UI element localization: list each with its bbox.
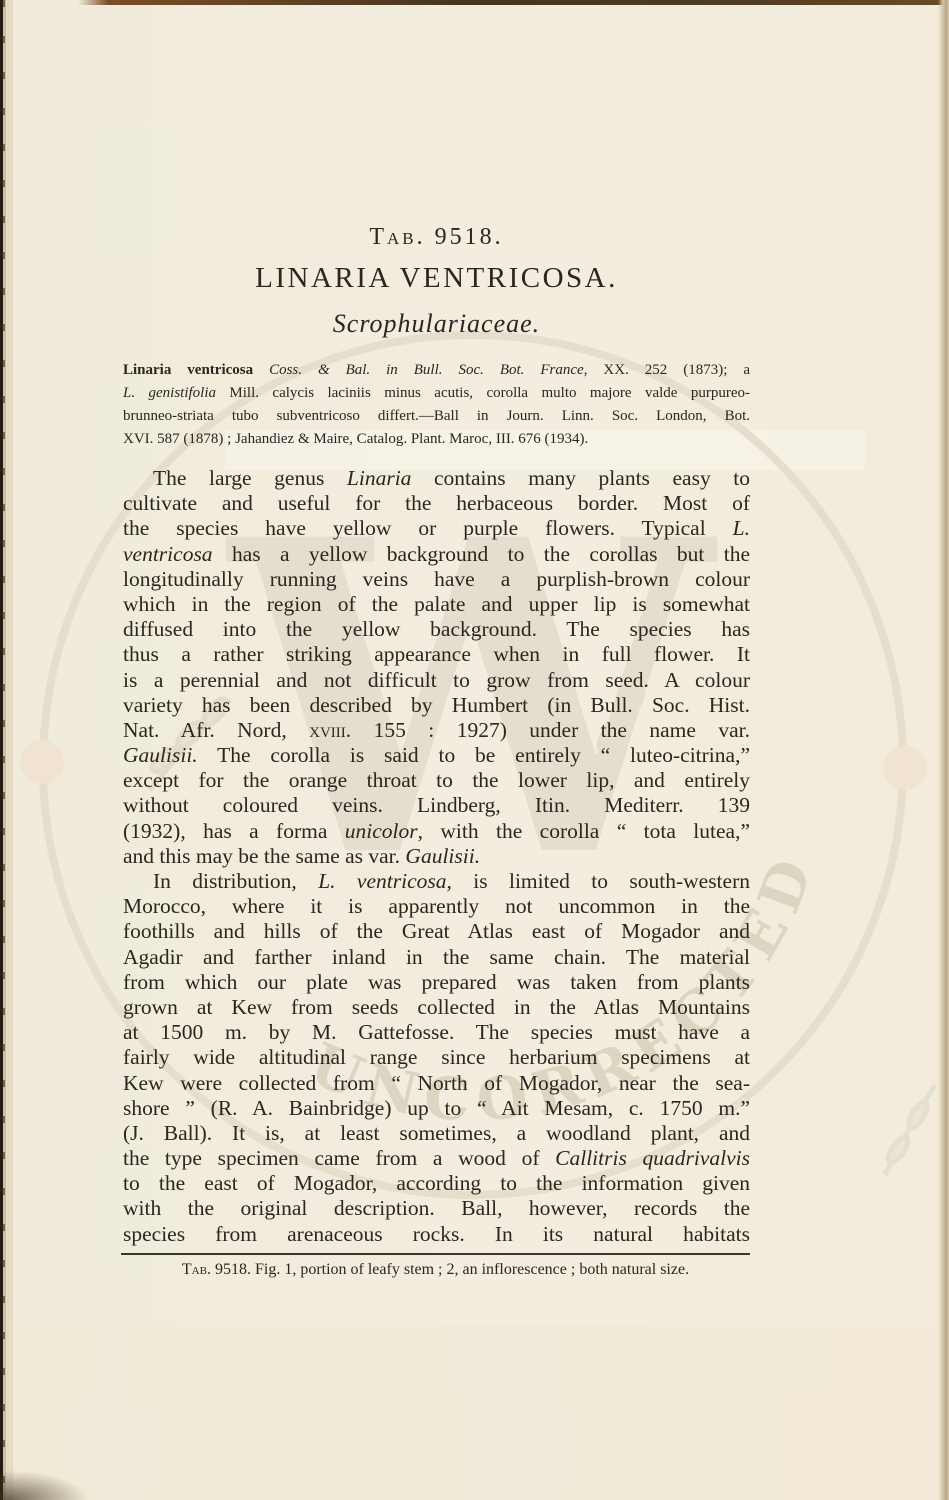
text-segment: foothills and hills of the Great Atlas e… [123, 919, 750, 943]
text-segment: contains many plants easy to [411, 466, 750, 490]
text-segment: from which our plate was prepared was ta… [123, 970, 750, 994]
text-segment: without coloured veins. Lindberg, Itin. … [123, 793, 750, 817]
text-segment: shore ” (R. A. Bainbridge) up to “ Ait M… [123, 1096, 750, 1120]
text-line: is a perennial and not difficult to grow… [123, 668, 750, 693]
text-segment: except for the orange throat to the lowe… [123, 768, 750, 792]
text-line: the species have yellow or purple flower… [123, 516, 750, 541]
text-segment: diffused into the yellow background. The… [123, 617, 750, 641]
text-segment: and this may be the same as var. [123, 844, 405, 868]
text-segment: unicolor [345, 819, 418, 843]
text-segment: Coss. & Bal. in Bull. Soc. Bot. France [269, 362, 584, 378]
text-segment: Agadir and farther inland in the same ch… [123, 945, 750, 969]
text-line: Morocco, where it is apparently not unco… [123, 894, 750, 919]
text-segment: Linaria [347, 466, 412, 490]
text-line: Kew were collected from “ North of Mogad… [123, 1071, 750, 1096]
text-line: and this may be the same as var. Gaulisi… [123, 844, 750, 869]
text-line: brunneo-striata tubo subventricoso diffe… [123, 405, 750, 428]
text-segment: has a yellow background to the corollas … [213, 542, 750, 566]
text-line: (1932), has a forma unicolor, with the c… [123, 819, 750, 844]
text-segment: fairly wide altitudinal range since herb… [123, 1045, 750, 1069]
species-title: LINARIA VENTRICOSA. [123, 262, 750, 295]
text-line: ventricosa has a yellow background to th… [123, 542, 750, 567]
text-segment: xviii. [309, 718, 351, 742]
text-line: diffused into the yellow background. The… [123, 617, 750, 642]
text-segment: Kew were collected from “ North of Mogad… [123, 1071, 750, 1095]
text-segment: Linaria ventricosa [123, 362, 253, 378]
family-name: Scrophulariaceae. [123, 309, 750, 339]
text-segment: Gaulisii. [123, 743, 198, 767]
text-segment: , with the corolla “ tota lutea,” [418, 819, 750, 843]
text-segment: which in the region of the palate and up… [123, 592, 750, 616]
footer-rule [121, 1253, 750, 1255]
text-line: Nat. Afr. Nord, xviii. 155 : 1927) under… [123, 718, 750, 743]
text-line: foothills and hills of the Great Atlas e… [123, 919, 750, 944]
text-segment: cultivate and useful for the herbaceous … [123, 491, 750, 515]
text-segment: (J. Ball). It is, at least sometimes, a … [123, 1121, 750, 1145]
page-edge-top [78, 0, 949, 5]
text-line: grown at Kew from seeds collected in the… [123, 995, 750, 1020]
text-segment: thus a rather striking appearance when i… [123, 642, 750, 666]
text-segment: , XX. 252 (1873); a [584, 362, 750, 378]
body-paragraph-2: In distribution, L. ventricosa, is limit… [123, 869, 750, 1247]
text-line: variety has been described by Humbert (i… [123, 693, 750, 718]
text-segment: 155 : 1927) under the name var. [351, 718, 750, 742]
text-line: with the original description. Ball, how… [123, 1196, 750, 1221]
text-segment: longitudinally running veins have a purp… [123, 567, 750, 591]
text-line: from which our plate was prepared was ta… [123, 970, 750, 995]
text-line: at 1500 m. by M. Gattefosse. The species… [123, 1020, 750, 1045]
text-segment: Callitris quadrivalvis [555, 1146, 750, 1170]
text-line: XVI. 587 (1878) ; Jahandiez & Maire, Cat… [123, 428, 750, 451]
text-segment: (1932), has a forma [123, 819, 345, 843]
scanned-page: UNCORRECTED W [0, 0, 949, 1500]
page-text: Tab. 9518. LINARIA VENTRICOSA. Scrophula… [0, 0, 949, 1500]
text-line: L. genistifolia Mill. calycis laciniis m… [123, 382, 750, 405]
text-line: shore ” (R. A. Bainbridge) up to “ Ait M… [123, 1096, 750, 1121]
text-segment: with the original description. Ball, how… [123, 1196, 750, 1220]
citation-paragraph: Linaria ventricosa Coss. & Bal. in Bull.… [123, 359, 750, 451]
text-segment: Morocco, where it is apparently not unco… [123, 894, 750, 918]
page-corner-smudge [0, 1470, 90, 1500]
text-line: fairly wide altitudinal range since herb… [123, 1045, 750, 1070]
body-text: The large genus Linaria contains many pl… [123, 466, 750, 1247]
text-segment: The corolla is said to be entirely “ lut… [198, 743, 750, 767]
text-segment: L. ventricosa [318, 869, 446, 893]
text-segment: to the east of Mogador, according to the… [123, 1171, 750, 1195]
text-line: which in the region of the palate and up… [123, 592, 750, 617]
text-segment: brunneo-striata tubo subventricoso diffe… [123, 408, 750, 424]
text-segment: L. [733, 516, 750, 540]
page-edge-right [938, 0, 949, 1500]
text-segment: Gaulisii. [405, 844, 480, 868]
text-segment: Nat. Afr. Nord, [123, 718, 309, 742]
plate-number-heading: Tab. 9518. [123, 224, 750, 251]
text-segment: L. genistifolia [123, 385, 216, 401]
text-line: species from arenaceous rocks. In its na… [123, 1222, 750, 1247]
text-segment: In distribution, [153, 869, 318, 893]
page-edge-left-dashes [0, 0, 5, 1500]
text-segment: species from arenaceous rocks. In its na… [123, 1222, 750, 1246]
text-segment: at 1500 m. by M. Gattefosse. The species… [123, 1020, 750, 1044]
body-paragraph-1: The large genus Linaria contains many pl… [123, 466, 750, 869]
text-line: Gaulisii. The corolla is said to be enti… [123, 743, 750, 768]
text-line: thus a rather striking appearance when i… [123, 642, 750, 667]
text-segment: , is limited to south-western [446, 869, 750, 893]
text-line: (J. Ball). It is, at least sometimes, a … [123, 1121, 750, 1146]
text-line: Agadir and farther inland in the same ch… [123, 945, 750, 970]
text-line: cultivate and useful for the herbaceous … [123, 491, 750, 516]
text-segment: Mill. calycis laciniis minus acutis, cor… [216, 385, 750, 401]
text-line: except for the orange throat to the lowe… [123, 768, 750, 793]
text-segment: XVI. 587 (1878) ; Jahandiez & Maire, Cat… [123, 431, 588, 447]
text-line: The large genus Linaria contains many pl… [123, 466, 750, 491]
text-segment: variety has been described by Humbert (i… [123, 693, 750, 717]
text-segment [253, 362, 269, 378]
text-line: the type specimen came from a wood of Ca… [123, 1146, 750, 1171]
text-segment: the type specimen came from a wood of [123, 1146, 555, 1170]
text-line: without coloured veins. Lindberg, Itin. … [123, 793, 750, 818]
text-segment: Tab. 9518. [182, 1261, 251, 1278]
plate-caption: Tab. 9518. Fig. 1, portion of leafy stem… [121, 1261, 750, 1279]
text-line: to the east of Mogador, according to the… [123, 1171, 750, 1196]
text-segment: Fig. 1, portion of leafy stem ; 2, an in… [251, 1261, 689, 1278]
text-segment: The large genus [153, 466, 347, 490]
text-line: longitudinally running veins have a purp… [123, 567, 750, 592]
text-segment: the species have yellow or purple flower… [123, 516, 733, 540]
text-line: In distribution, L. ventricosa, is limit… [123, 869, 750, 894]
text-segment: is a perennial and not difficult to grow… [123, 668, 750, 692]
text-line: Linaria ventricosa Coss. & Bal. in Bull.… [123, 359, 750, 382]
text-segment: ventricosa [123, 542, 213, 566]
text-segment: grown at Kew from seeds collected in the… [123, 995, 750, 1019]
